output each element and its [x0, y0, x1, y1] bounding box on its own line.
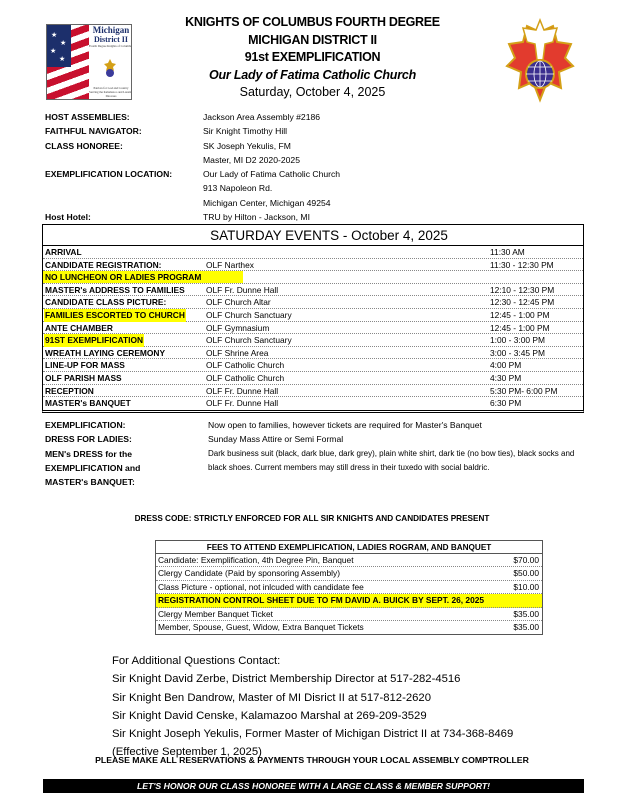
info-row: Host Hotel:TRU by Hilton - Jackson, MI — [45, 210, 585, 224]
registration-deadline-notice: REGISTRATION CONTROL SHEET DUE TO FM DAV… — [156, 594, 542, 607]
fee-label: Clergy Member Banquet Ticket — [158, 608, 273, 621]
contacts-heading: For Additional Questions Contact: — [112, 652, 513, 670]
fee-label: Candidate: Exemplification, 4th Degree P… — [158, 554, 354, 567]
fee-row: Clergy Candidate (Paid by sponsoring Ass… — [156, 567, 542, 580]
fourth-degree-emblem-icon — [103, 58, 117, 80]
event-location: OLF Fr. Dunne Hall — [206, 385, 278, 398]
event-row: WREATH LAYING CEREMONYOLF Shrine Area3:0… — [43, 347, 583, 360]
exemplification-label: EXEMPLIFICATION: — [45, 418, 126, 432]
event-location: OLF Catholic Church — [206, 372, 284, 385]
event-time: 4:30 PM — [490, 372, 521, 385]
event-time: 3:00 - 3:45 PM — [490, 347, 545, 360]
event-location: OLF Catholic Church — [206, 359, 284, 372]
fee-label: REGISTRATION CONTROL SHEET DUE TO FM DAV… — [158, 594, 484, 607]
event-time: 4:00 PM — [490, 359, 521, 372]
mens-dress-label: MASTER's BANQUET: — [45, 475, 135, 489]
event-name: MASTER's BANQUET — [44, 397, 132, 410]
event-time: 5:30 PM- 6:00 PM — [490, 385, 558, 398]
event-row: LINE-UP FOR MASSOLF Catholic Church4:00 … — [43, 359, 583, 372]
events-schedule-table: SATURDAY EVENTS - October 4, 2025 ARRIVA… — [42, 224, 584, 413]
dress-section: EXEMPLIFICATION: Now open to families, h… — [45, 418, 590, 489]
event-location: OLF Fr. Dunne Hall — [206, 397, 278, 410]
info-row: CLASS HONOREE:SK Joseph Yekulis, FM — [45, 139, 585, 153]
fee-amount: $10.00 — [513, 581, 539, 594]
event-row: MASTER's BANQUETOLF Fr. Dunne Hall6:30 P… — [43, 397, 583, 410]
ladies-dress-label: DRESS FOR LADIES: — [45, 432, 132, 446]
fees-title: FEES TO ATTEND EXEMPLIFICATION, LADIES R… — [156, 541, 542, 554]
fourth-degree-emblem-icon — [505, 14, 575, 106]
event-row: 91ST EXEMPLIFICATIONOLF Church Sanctuary… — [43, 334, 583, 347]
event-time: 11:30 AM — [490, 246, 525, 259]
venue-title: Our Lady of Fatima Catholic Church — [150, 67, 475, 85]
contacts-list: For Additional Questions Contact: Sir Kn… — [112, 652, 513, 762]
event-name: CANDIDATE CLASS PICTURE: — [44, 296, 167, 309]
contact-item: Sir Knight David Zerbe, District Members… — [112, 670, 513, 688]
ladies-dress-value: Sunday Mass Attire or Semi Formal — [208, 432, 343, 446]
event-row: CANDIDATE CLASS PICTURE:OLF Church Altar… — [43, 296, 583, 309]
logo-subtitle: District II — [89, 35, 132, 44]
event-name: RECEPTION — [44, 385, 95, 398]
fee-amount: $70.00 — [513, 554, 539, 567]
fees-table: FEES TO ATTEND EXEMPLIFICATION, LADIES R… — [155, 540, 543, 635]
event-time: 6:30 PM — [490, 397, 521, 410]
event-row: ARRIVAL11:30 AM — [43, 246, 583, 259]
event-location: OLF Fr. Dunne Hall — [206, 284, 278, 297]
event-name: WREATH LAYING CEREMONY — [44, 347, 166, 360]
event-time: 12:45 - 1:00 PM — [490, 322, 550, 335]
fee-amount: $50.00 — [513, 567, 539, 580]
fee-label: Class Picture - optional, not inlcuded w… — [158, 581, 364, 594]
event-date: Saturday, October 4, 2025 — [150, 84, 475, 102]
event-title: 91st EXEMPLIFICATION — [150, 49, 475, 67]
event-row: MASTER's ADDRESS TO FAMILIESOLF Fr. Dunn… — [43, 284, 583, 297]
event-row: RECEPTIONOLF Fr. Dunne Hall5:30 PM- 6:00… — [43, 385, 583, 398]
event-name: ARRIVAL — [44, 246, 83, 259]
fee-row: Candidate: Exemplification, 4th Degree P… — [156, 554, 542, 567]
info-row: HOST ASSEMBLIES:Jackson Area Assembly #2… — [45, 110, 585, 124]
event-time: 1:00 - 3:00 PM — [490, 334, 545, 347]
event-location: OLF Church Sanctuary — [206, 309, 292, 322]
fee-row: Clergy Member Banquet Ticket$35.00 — [156, 608, 542, 621]
event-time: 12:30 - 12:45 PM — [490, 296, 554, 309]
event-name: 91ST EXEMPLIFICATION — [44, 334, 144, 347]
event-row: ANTE CHAMBEROLF Gymnasium12:45 - 1:00 PM — [43, 322, 583, 335]
footer-banner: LET'S HONOR OUR CLASS HONOREE WITH A LAR… — [43, 779, 584, 793]
contact-item: Sir Knight Joseph Yekulis, Former Master… — [112, 725, 513, 743]
fee-label: Member, Spouse, Guest, Widow, Extra Banq… — [158, 621, 364, 634]
event-row: FAMILIES ESCORTED TO CHURCHOLF Church Sa… — [43, 309, 583, 322]
event-name: MASTER's ADDRESS TO FAMILIES — [44, 284, 186, 297]
info-row: 913 Napoleon Rd. — [45, 181, 585, 195]
event-row: CANDIDATE REGISTRATION:OLF Narthex11:30 … — [43, 259, 583, 272]
event-location: OLF Shrine Area — [206, 347, 268, 360]
fee-row: Member, Spouse, Guest, Widow, Extra Banq… — [156, 621, 542, 634]
reservations-notice: PLEASE MAKE ALL RESERVATIONS & PAYMENTS … — [0, 755, 624, 765]
document-header: KNIGHTS OF COLUMBUS FOURTH DEGREE MICHIG… — [150, 14, 475, 102]
logo-title: Michigan — [89, 26, 132, 35]
event-name: CANDIDATE REGISTRATION: — [44, 259, 162, 272]
event-time: 11:30 - 12:30 PM — [490, 259, 554, 272]
event-row: OLF PARISH MASSOLF Catholic Church4:30 P… — [43, 372, 583, 385]
fee-label: Clergy Candidate (Paid by sponsoring Ass… — [158, 567, 340, 580]
event-name: OLF PARISH MASS — [44, 372, 123, 385]
fee-amount: $35.00 — [513, 608, 539, 621]
district-title: MICHIGAN DISTRICT II — [150, 32, 475, 50]
info-row: Michigan Center, Michigan 49254 — [45, 196, 585, 210]
event-name: FAMILIES ESCORTED TO CHURCH — [44, 309, 186, 322]
contact-item: Sir Knight David Censke, Kalamazoo Marsh… — [112, 707, 513, 725]
info-row: Master, MI D2 2020-2025 — [45, 153, 585, 167]
fee-row: Class Picture - optional, not inlcuded w… — [156, 581, 542, 594]
flag-stars: ★★ ★★ — [47, 25, 71, 67]
mens-dress-value: Dark business suit (black, dark blue, da… — [208, 447, 588, 476]
event-time: 12:45 - 1:00 PM — [490, 309, 550, 322]
info-row: EXEMPLIFICATION LOCATION:Our Lady of Fat… — [45, 167, 585, 181]
org-title: KNIGHTS OF COLUMBUS FOURTH DEGREE — [150, 14, 475, 32]
event-name: ANTE CHAMBER — [44, 322, 114, 335]
exemplification-note: Now open to families, however tickets ar… — [208, 418, 482, 432]
michigan-district-logo: ★★ ★★ Michigan District II Fourth Degree… — [46, 24, 132, 100]
event-info: HOST ASSEMBLIES:Jackson Area Assembly #2… — [45, 110, 585, 224]
contact-item: Sir Knight Ben Dandrow, Master of MI Dis… — [112, 689, 513, 707]
event-row: NO LUNCHEON OR LADIES PROGRAM — [43, 271, 583, 284]
dress-code-notice: DRESS CODE: STRICTLY ENFORCED FOR ALL SI… — [0, 514, 624, 523]
event-location: OLF Gymnasium — [206, 322, 269, 335]
mens-dress-label: EXEMPLIFICATION and — [45, 461, 140, 475]
info-row: FAITHFUL NAVIGATOR:Sir Knight Timothy Hi… — [45, 124, 585, 138]
mens-dress-label: MEN's DRESS for the — [45, 447, 132, 461]
event-name: NO LUNCHEON OR LADIES PROGRAM — [44, 271, 202, 284]
event-location: OLF Narthex — [206, 259, 254, 272]
fee-amount: $35.00 — [513, 621, 539, 634]
event-time: 12:10 - 12:30 PM — [490, 284, 554, 297]
logo-caption: Fourth Degree Knights of Columbus — [89, 44, 132, 48]
event-name: LINE-UP FOR MASS — [44, 359, 126, 372]
event-location: OLF Church Altar — [206, 296, 271, 309]
event-location: OLF Church Sanctuary — [206, 334, 292, 347]
logo-motto: Patriots for God and Country Serving the… — [89, 86, 132, 98]
events-title: SATURDAY EVENTS - October 4, 2025 — [43, 225, 583, 246]
